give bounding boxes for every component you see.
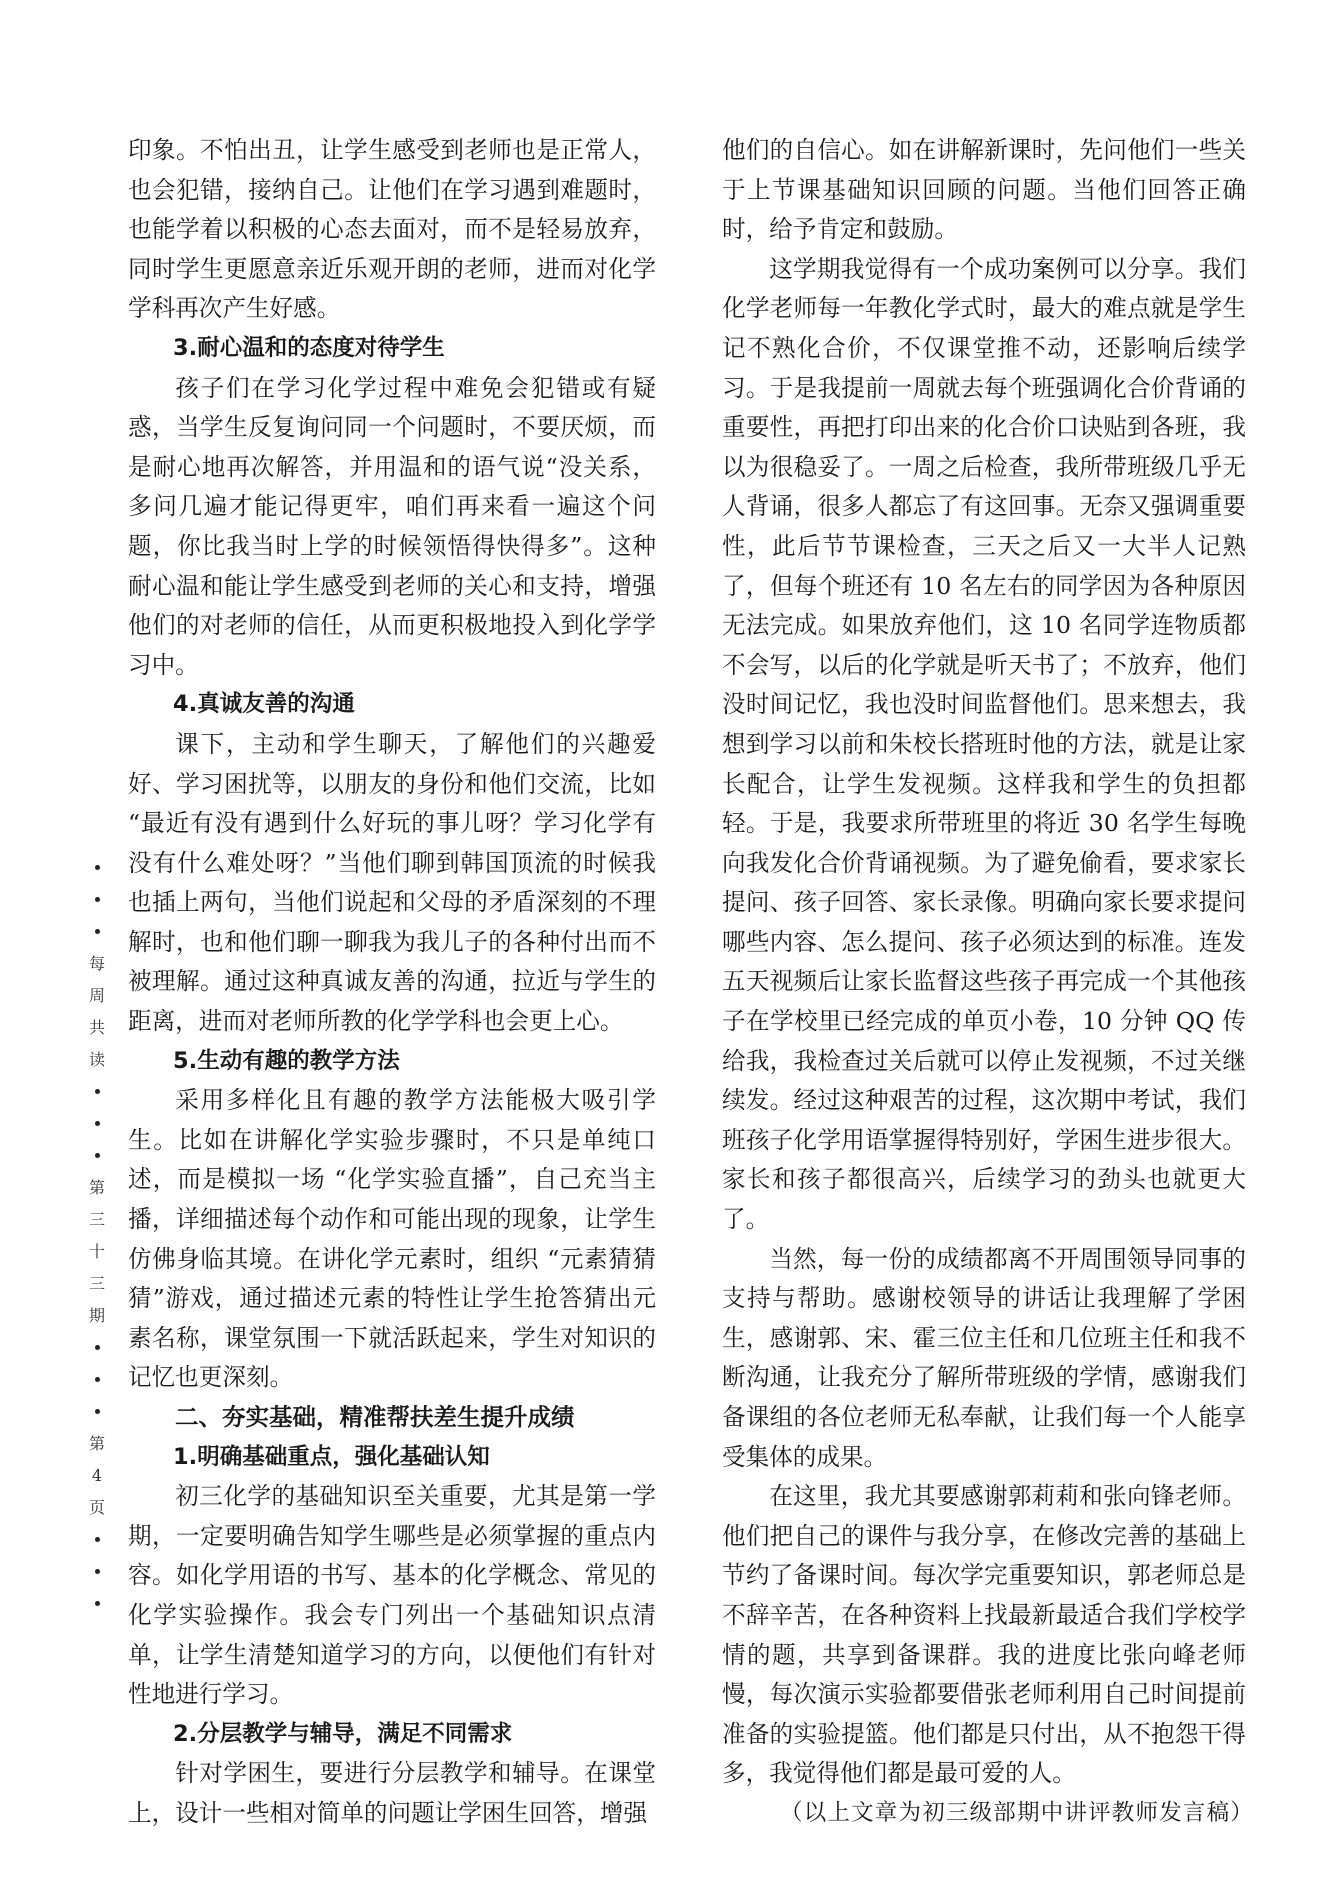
paragraph: 针对学困生，要进行分层教学和辅导。在课堂上，设计一些相对简单的问题让学困生回答，… (128, 1754, 656, 1833)
right-column: 他们的自信心。如在讲解新课时，先问他们一些关于上节课基础知识回顾的问题。当他们回… (722, 131, 1246, 1834)
sidebar-char: 期 (89, 1300, 105, 1332)
sidebar-char: 三 (89, 1268, 105, 1300)
subheading: 3.耐心温和的态度对待学生 (128, 329, 656, 369)
separator-dot (95, 1409, 100, 1414)
separator-dot (95, 1089, 100, 1094)
sidebar-char: 页 (89, 1492, 105, 1524)
page-sidebar-label: 每 周 共 读 第 三 十 三 期 第 4 页 (82, 852, 112, 1620)
closing-note: （以上文章为初三级部期中讲评教师发言稿） (722, 1794, 1246, 1834)
separator-dot (95, 1377, 100, 1382)
separator-dot (95, 1537, 100, 1542)
paragraph: 在这里，我尤其要感谢郭莉莉和张向锋老师。他们把自己的课件与我分享，在修改完善的基… (722, 1477, 1246, 1794)
subheading: 2.分层教学与辅导，满足不同需求 (128, 1715, 656, 1755)
subheading: 4.真诚友善的沟通 (128, 685, 656, 725)
sidebar-char: 每 (89, 948, 105, 980)
sidebar-char: 读 (89, 1044, 105, 1076)
sidebar-char: 第 (89, 1428, 105, 1460)
separator-dot (95, 929, 100, 934)
subheading: 1.明确基础重点，强化基础认知 (128, 1438, 656, 1478)
paragraph: 课下，主动和学生聊天，了解他们的兴趣爱好、学习困扰等，以朋友的身份和他们交流，比… (128, 725, 656, 1042)
sidebar-char: 周 (89, 980, 105, 1012)
subheading: 5.生动有趣的教学方法 (128, 1042, 656, 1082)
paragraph: 孩子们在学习化学过程中难免会犯错或有疑惑，当学生反复询问同一个问题时，不要厌烦，… (128, 369, 656, 686)
paragraph: 这学期我觉得有一个成功案例可以分享。我们化学老师每一年教化学式时，最大的难点就是… (722, 250, 1246, 1240)
separator-dot (95, 1121, 100, 1126)
paragraph: 印象。不怕出丑，让学生感受到老师也是正常人，也会犯错，接纳自己。让他们在学习遇到… (128, 131, 656, 329)
section-heading: 二、夯实基础，精准帮扶差生提升成绩 (128, 1398, 656, 1438)
sidebar-char: 共 (89, 1012, 105, 1044)
paragraph: 初三化学的基础知识至关重要，尤其是第一学期，一定要明确告知学生哪些是必须掌握的重… (128, 1477, 656, 1715)
separator-dot (95, 1601, 100, 1606)
separator-dot (95, 1345, 100, 1350)
separator-dot (95, 1153, 100, 1158)
paragraph: 当然，每一份的成绩都离不开周围领导同事的支持与帮助。感谢校领导的讲话让我理解了学… (722, 1240, 1246, 1478)
separator-dot (95, 897, 100, 902)
sidebar-char: 4 (92, 1460, 102, 1492)
separator-dot (95, 865, 100, 870)
sidebar-char: 十 (89, 1236, 105, 1268)
sidebar-char: 第 (89, 1172, 105, 1204)
left-column: 印象。不怕出丑，让学生感受到老师也是正常人，也会犯错，接纳自己。让他们在学习遇到… (128, 131, 656, 1834)
sidebar-char: 三 (89, 1204, 105, 1236)
paragraph: 采用多样化且有趣的教学方法能极大吸引学生。比如在讲解化学实验步骤时，不只是单纯口… (128, 1081, 656, 1398)
paragraph: 他们的自信心。如在讲解新课时，先问他们一些关于上节课基础知识回顾的问题。当他们回… (722, 131, 1246, 250)
separator-dot (95, 1569, 100, 1574)
